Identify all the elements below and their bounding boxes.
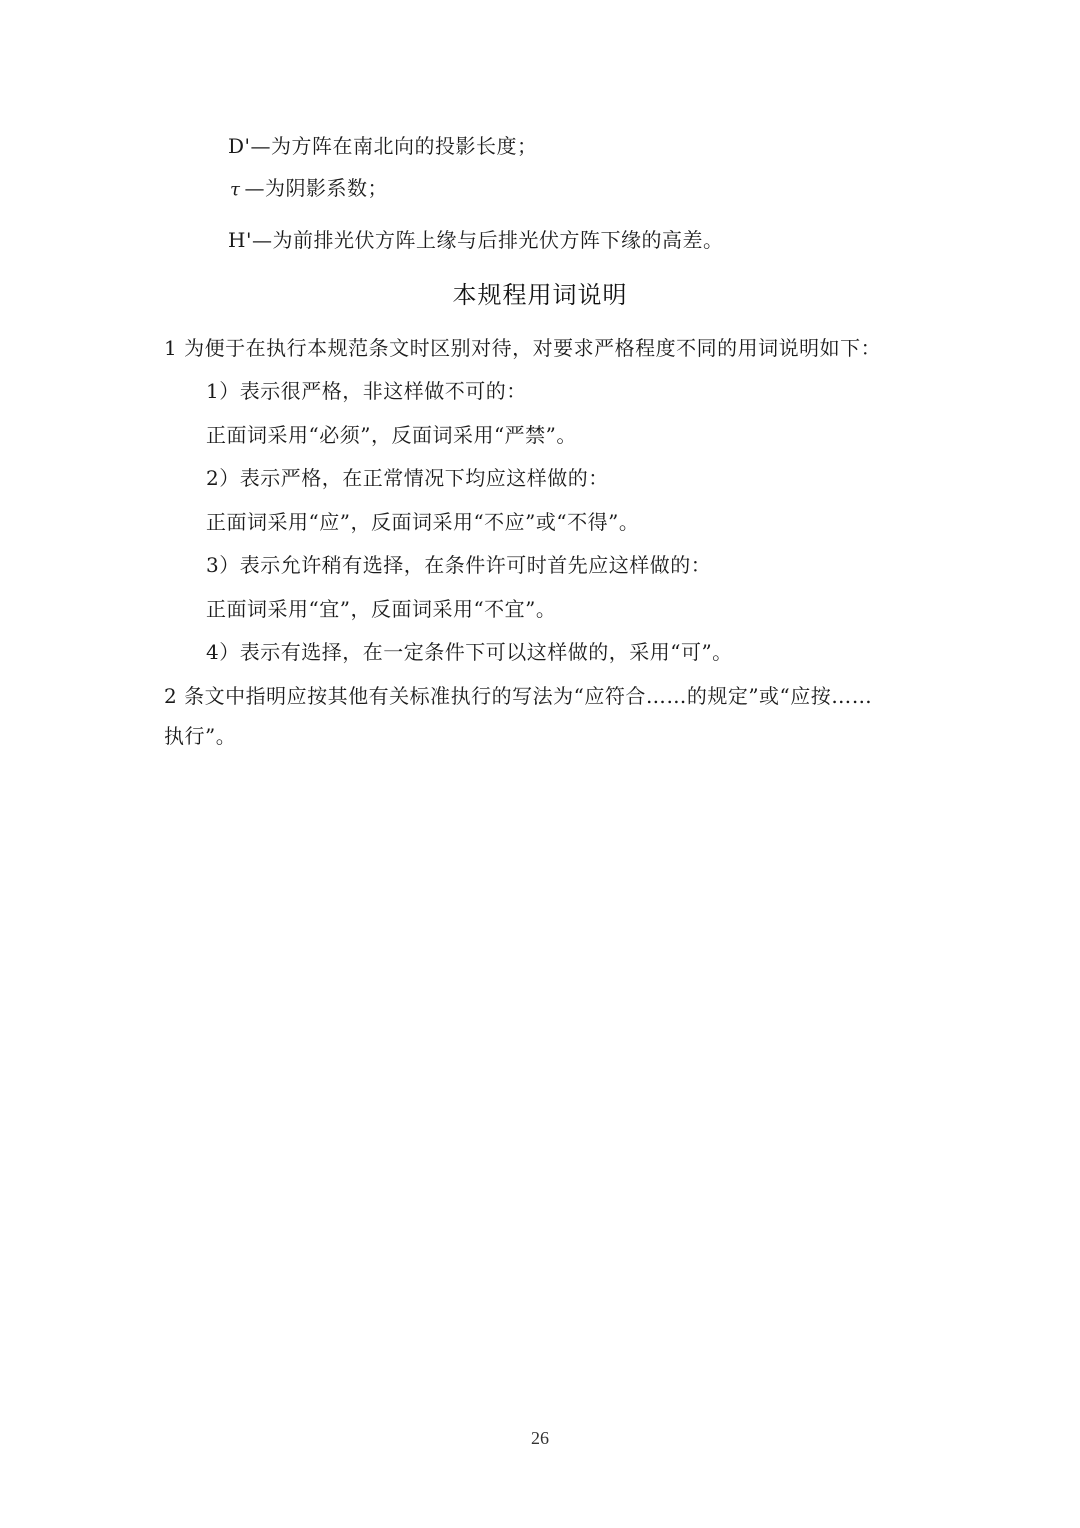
subitem-2-label: 2）表示严格，在正常情况下均应这样做的： bbox=[206, 466, 609, 490]
item-number: 2 bbox=[164, 684, 177, 708]
item-number: 1 bbox=[164, 336, 177, 360]
definition-h-prime: H'—为前排光伏方阵上缘与后排光伏方阵下缘的高差。 bbox=[228, 228, 723, 252]
subitem-3-detail: 正面词采用“宜”，反面词采用“不宜”。 bbox=[206, 597, 556, 621]
definition-symbol: D' bbox=[228, 134, 251, 158]
definition-symbol: H' bbox=[228, 228, 252, 252]
subitem-1-label: 1）表示很严格，非这样做不可的： bbox=[206, 379, 527, 403]
item-text-line1: 条文中指明应按其他有关标准执行的写法为“应符合……的规定”或“应按…… bbox=[184, 684, 872, 708]
definition-d-prime: D'—为方阵在南北向的投影长度； bbox=[228, 134, 538, 158]
subitem-3-label: 3）表示允许稍有选择，在条件许可时首先应这样做的： bbox=[206, 553, 711, 577]
section-title: 本规程用词说明 bbox=[0, 280, 1080, 310]
definition-text: 为方阵在南北向的投影长度； bbox=[271, 134, 538, 158]
definition-symbol: τ bbox=[230, 179, 240, 200]
item-1: 1 为便于在执行本规范条文时区别对待，对要求严格程度不同的用词说明如下： bbox=[164, 336, 881, 360]
page-number: 26 bbox=[0, 1428, 1080, 1449]
definition-dash: — bbox=[251, 134, 272, 158]
definition-dash: — bbox=[244, 176, 265, 200]
subitem-4-label: 4）表示有选择，在一定条件下可以这样做的，采用“可”。 bbox=[206, 640, 733, 664]
definition-text: 为阴影系数； bbox=[265, 176, 388, 200]
item-2: 2 条文中指明应按其他有关标准执行的写法为“应符合……的规定”或“应按…… bbox=[164, 684, 872, 708]
subitem-1-detail: 正面词采用“必须”，反面词采用“严禁”。 bbox=[206, 423, 577, 447]
item-text: 为便于在执行本规范条文时区别对待，对要求严格程度不同的用词说明如下： bbox=[184, 336, 881, 360]
subitem-2-detail: 正面词采用“应”，反面词采用“不应”或“不得”。 bbox=[206, 510, 639, 534]
definition-text: 为前排光伏方阵上缘与后排光伏方阵下缘的高差。 bbox=[272, 228, 723, 252]
definition-tau: τ—为阴影系数； bbox=[230, 176, 388, 202]
definition-dash: — bbox=[252, 228, 273, 252]
item-2-continuation: 执行”。 bbox=[164, 724, 236, 748]
